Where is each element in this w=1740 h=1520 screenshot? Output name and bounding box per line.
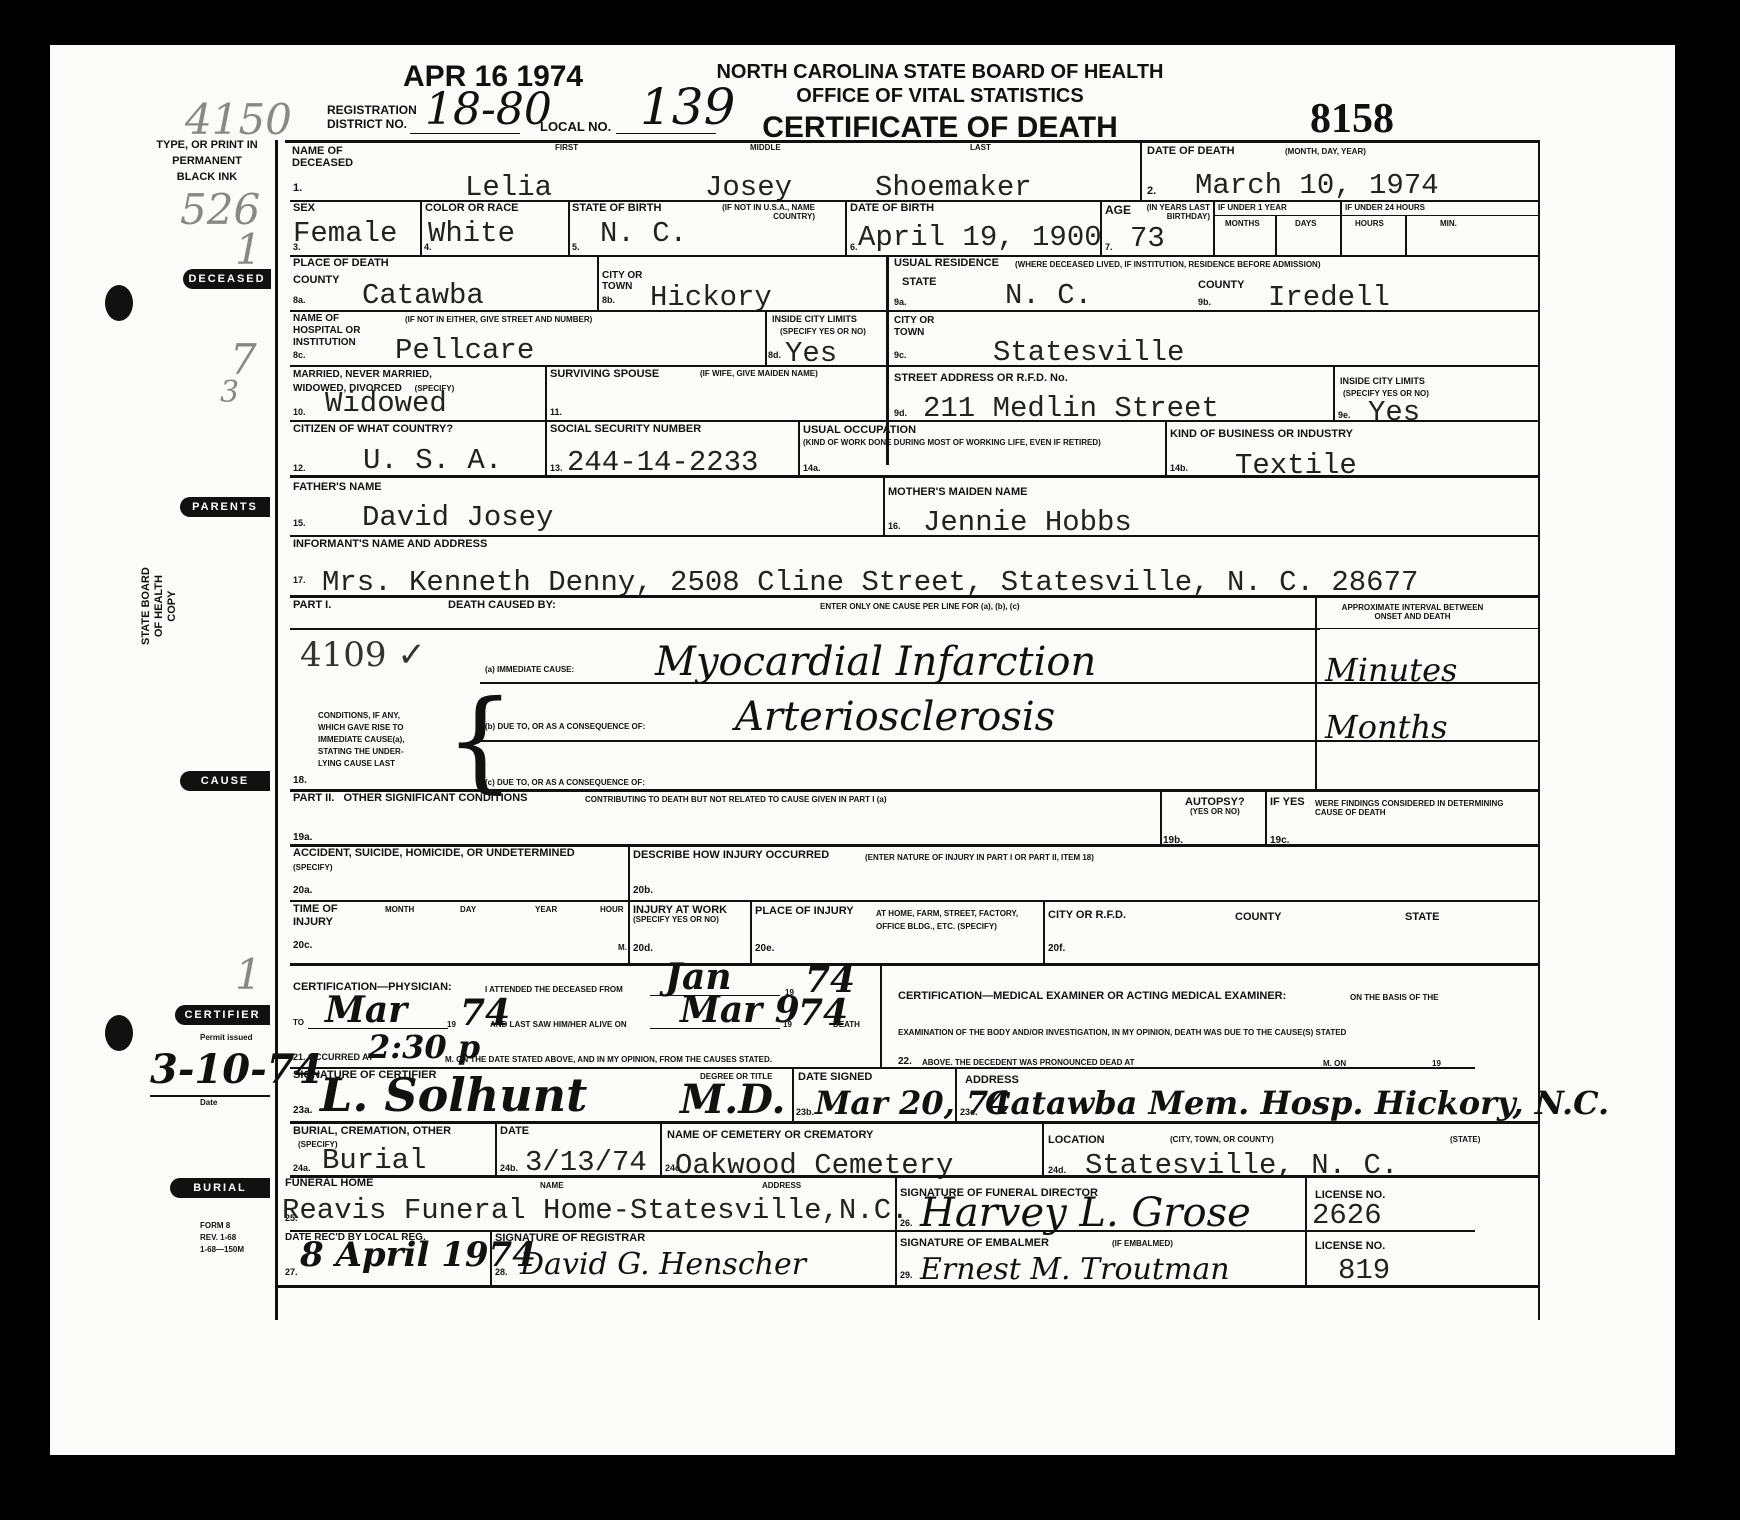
cemetery-label: NAME OF CEMETERY OR CREMATORY bbox=[667, 1130, 873, 1140]
row-line bbox=[1213, 215, 1540, 216]
item-number: 28. bbox=[495, 1267, 508, 1277]
disposition-value: Burial bbox=[322, 1145, 426, 1177]
divider bbox=[1340, 200, 1342, 256]
agency-header: NORTH CAROLINA STATE BOARD OF HEALTH OFF… bbox=[680, 60, 1200, 146]
row-line bbox=[290, 365, 1540, 367]
divider bbox=[1160, 789, 1162, 845]
divider bbox=[420, 200, 422, 256]
res-state-label: STATE bbox=[902, 277, 936, 287]
item-number: 20c. bbox=[293, 940, 312, 951]
row-line bbox=[290, 900, 1540, 902]
under-1-year-label: IF UNDER 1 YEAR bbox=[1218, 203, 1287, 212]
item-number: 23b. bbox=[796, 1107, 814, 1117]
divider bbox=[495, 1121, 497, 1176]
item-number: 8d. bbox=[768, 350, 781, 360]
item-number: 8b. bbox=[602, 295, 615, 305]
item-number: 24a. bbox=[293, 1163, 311, 1173]
section-tab-burial: BURIAL bbox=[170, 1178, 270, 1198]
item-number: 23a. bbox=[293, 1105, 312, 1116]
row-line bbox=[480, 682, 1540, 684]
hours-label: HOURS bbox=[1355, 219, 1384, 228]
divider bbox=[883, 475, 885, 535]
row-line bbox=[1315, 628, 1540, 629]
row-line bbox=[290, 1121, 1540, 1124]
describe-injury-hint: (ENTER NATURE OF INJURY IN PART I OR PAR… bbox=[865, 853, 1094, 862]
row-line bbox=[290, 535, 1540, 537]
death-certificate: APR 16 1974 REGISTRATION DISTRICT NO. 18… bbox=[50, 45, 1675, 1455]
item-number: 20a. bbox=[293, 885, 312, 896]
row-line bbox=[290, 420, 1540, 422]
citizen-label: CITIZEN OF WHAT COUNTRY? bbox=[293, 424, 453, 434]
divider bbox=[880, 963, 882, 1068]
form-info: FORM 8 REV. 1-68 1-68—150M bbox=[200, 1220, 244, 1256]
embalmer-label: SIGNATURE OF EMBALMER bbox=[900, 1238, 1049, 1248]
citizenship-value: U. S. A. bbox=[363, 445, 502, 477]
time-of-injury-label: TIME OFINJURY bbox=[293, 903, 338, 929]
section-tab-parents: PARENTS bbox=[180, 497, 270, 517]
last-saw-value: Mar 9 bbox=[680, 990, 800, 1030]
immediate-interval-value: Minutes bbox=[1325, 650, 1457, 690]
autopsy-label: AUTOPSY?(YES OR NO) bbox=[1185, 797, 1245, 816]
item-number: 9e. bbox=[1338, 410, 1351, 420]
place-of-injury-label: PLACE OF INJURY bbox=[755, 906, 854, 916]
ssn-label: SOCIAL SECURITY NUMBER bbox=[550, 424, 701, 434]
interval-label: APPROXIMATE INTERVAL BETWEEN ONSET AND D… bbox=[1335, 603, 1490, 621]
immediate-cause-value: Myocardial Infarction bbox=[655, 642, 1096, 682]
funeral-home-label: FUNERAL HOME bbox=[285, 1178, 373, 1188]
item-number: 9c. bbox=[894, 350, 907, 360]
row-line bbox=[290, 310, 1540, 312]
divider bbox=[660, 1121, 662, 1176]
registrar-signature: David G. Henscher bbox=[520, 1245, 806, 1285]
ink-instructions: TYPE, OR PRINT IN PERMANENT BLACK INK bbox=[152, 137, 262, 185]
row-line bbox=[290, 1230, 1475, 1232]
form-bottom-border bbox=[275, 1285, 1540, 1288]
item-number: 20b. bbox=[633, 885, 653, 896]
county-label: COUNTY bbox=[293, 275, 339, 285]
divider bbox=[1275, 215, 1277, 256]
death-caused-by-label: DEATH CAUSED BY: bbox=[448, 600, 556, 610]
registration-underline bbox=[410, 133, 520, 134]
me-item-22: 22. bbox=[898, 1057, 912, 1066]
death-label: DEATH bbox=[833, 1020, 860, 1029]
if-yes-label: IF YES bbox=[1270, 797, 1305, 807]
certificate-number: 8158 bbox=[1310, 95, 1394, 143]
divider bbox=[1405, 215, 1407, 256]
embalmer-license-value: 819 bbox=[1338, 1255, 1390, 1287]
race-label: COLOR OR RACE bbox=[425, 203, 519, 213]
form-top-border bbox=[285, 140, 1540, 143]
row-line bbox=[290, 628, 1320, 630]
first-label: FIRST bbox=[555, 143, 578, 152]
me-cert-label: CERTIFICATION—MEDICAL EXAMINER OR ACTING… bbox=[898, 991, 1286, 1001]
item-number: 9a. bbox=[894, 297, 907, 307]
item-number: 6. bbox=[850, 242, 858, 252]
sex-label: SEX bbox=[293, 203, 315, 213]
cause-code: 4109 ✓ bbox=[300, 635, 426, 675]
divider bbox=[798, 420, 800, 476]
row-line bbox=[480, 740, 1540, 742]
item-number: 8a. bbox=[293, 295, 306, 305]
form-right-border bbox=[1538, 140, 1540, 1320]
underline bbox=[650, 1028, 780, 1029]
mother-label: MOTHER'S MAIDEN NAME bbox=[888, 487, 1028, 497]
item-number: 20e. bbox=[755, 943, 774, 954]
injury-city-label: CITY OR R.F.D. bbox=[1048, 910, 1126, 920]
section-tab-cause: CAUSE bbox=[180, 771, 270, 791]
occurred-suffix: M. ON THE DATE STATED ABOVE, AND IN MY O… bbox=[445, 1055, 772, 1064]
certifier-address-value: Catawba Mem. Hosp. Hickory, N.C. bbox=[985, 1083, 1609, 1123]
location-label: LOCATION bbox=[1048, 1135, 1105, 1145]
item-number: 10. bbox=[293, 407, 306, 417]
state-of-birth-hint: (IF NOT IN U.S.A., NAME COUNTRY) bbox=[685, 203, 815, 221]
place-of-death-label: PLACE OF DEATH bbox=[293, 258, 389, 268]
race-value: White bbox=[428, 218, 515, 250]
city-label: CITY ORTOWN bbox=[602, 270, 642, 292]
inside-limits-label: INSIDE CITY LIMITS bbox=[772, 315, 857, 324]
row-line bbox=[290, 963, 1540, 966]
item-number: 9d. bbox=[894, 408, 907, 418]
fh-name-label: NAME bbox=[540, 1181, 564, 1190]
director-signature: Harvey L. Grose bbox=[920, 1193, 1251, 1233]
date-signed-value: Mar 20, 74 bbox=[815, 1083, 1011, 1123]
permit-date-label: Date bbox=[200, 1098, 217, 1107]
pencil-note: 3 bbox=[220, 375, 239, 410]
place-county-value: Catawba bbox=[362, 280, 484, 312]
to-label: TO bbox=[293, 1018, 304, 1027]
section-tab-deceased: DECEASED bbox=[183, 269, 271, 289]
business-label: KIND OF BUSINESS OR INDUSTRY bbox=[1170, 429, 1353, 439]
middle-label: MIDDLE bbox=[750, 143, 781, 152]
pencil-note: 4150 bbox=[185, 95, 292, 144]
divider bbox=[1165, 420, 1167, 476]
at-work-label: INJURY AT WORK(SPECIFY YES OR NO) bbox=[633, 905, 727, 924]
residence-hint: (WHERE DECEASED LIVED, IF INSTITUTION, R… bbox=[1015, 260, 1321, 269]
item-number: 15. bbox=[293, 518, 306, 528]
due-to-b-label: (b) DUE TO, OR AS A CONSEQUENCE OF: bbox=[485, 722, 645, 731]
month-label: MONTH bbox=[385, 905, 414, 914]
item-number: 17. bbox=[293, 575, 306, 585]
item-number: 7. bbox=[1105, 242, 1113, 252]
state-of-birth-value: N. C. bbox=[600, 218, 687, 250]
item-number: 18. bbox=[293, 775, 307, 786]
injury-state-label: STATE bbox=[1405, 912, 1439, 922]
father-label: FATHER'S NAME bbox=[293, 482, 382, 492]
marital-status-value: Widowed bbox=[325, 388, 447, 420]
director-license-value: 2626 bbox=[1312, 1200, 1382, 1232]
row-line bbox=[290, 595, 1540, 598]
hospital-value: Pellcare bbox=[395, 335, 534, 367]
form-left-border bbox=[275, 140, 278, 1320]
date-of-death-hint: (MONTH, DAY, YEAR) bbox=[1285, 147, 1366, 156]
item-number: 14a. bbox=[803, 463, 821, 473]
res-state-value: N. C. bbox=[1005, 280, 1092, 312]
permit-label: Permit issued bbox=[200, 1033, 252, 1042]
punch-hole bbox=[105, 1015, 133, 1051]
residence-label: USUAL RESIDENCE bbox=[894, 258, 999, 268]
inside-limits-hint: (SPECIFY YES OR NO) bbox=[780, 327, 866, 336]
item-number: 26. bbox=[900, 1218, 913, 1228]
divider bbox=[955, 1067, 957, 1122]
divider bbox=[628, 844, 630, 964]
hour-label: HOUR bbox=[600, 905, 624, 914]
divider bbox=[765, 310, 767, 366]
part-1-label: PART I. bbox=[293, 600, 331, 610]
hospital-label: NAME OFHOSPITAL ORINSTITUTION bbox=[293, 313, 360, 349]
item-number: 24b. bbox=[500, 1163, 518, 1173]
funeral-home-value: Reavis Funeral Home-Statesville,N.C. bbox=[282, 1195, 909, 1227]
res-inside-limits-label: INSIDE CITY LIMITS bbox=[1340, 377, 1425, 386]
informant-label: INFORMANT'S NAME AND ADDRESS bbox=[293, 539, 487, 549]
item-number: 8c. bbox=[293, 350, 306, 360]
item-number: 5. bbox=[572, 242, 580, 252]
item-number: 14b. bbox=[1170, 463, 1188, 473]
date-of-death-label: DATE OF DEATH bbox=[1147, 146, 1235, 156]
item-number: 23c. bbox=[960, 1107, 978, 1117]
fh-address-label: ADDRESS bbox=[762, 1181, 801, 1190]
me-text-1: ON THE BASIS OF THE bbox=[1350, 993, 1438, 1002]
item-number: 27. bbox=[285, 1267, 298, 1277]
item-number: 1. bbox=[293, 182, 302, 194]
registration-district-no: 18-80 bbox=[425, 90, 552, 130]
street-label: STREET ADDRESS OR R.F.D. No. bbox=[894, 373, 1068, 383]
divider bbox=[1043, 900, 1045, 964]
hospital-hint: (IF NOT IN EITHER, GIVE STREET AND NUMBE… bbox=[405, 315, 592, 324]
pencil-note: 1 bbox=[235, 950, 262, 999]
date-signed-label: DATE SIGNED bbox=[798, 1072, 872, 1082]
divider bbox=[1315, 595, 1317, 790]
item-number: 3. bbox=[293, 242, 301, 252]
registration-label: REGISTRATION DISTRICT NO. bbox=[327, 103, 417, 131]
me-text-3: ABOVE. THE DECEDENT WAS PRONOUNCED DEAD … bbox=[922, 1058, 1134, 1067]
manner-hint: (SPECIFY) bbox=[293, 863, 333, 872]
state-hint: (STATE) bbox=[1450, 1135, 1480, 1144]
burial-date-label: DATE bbox=[500, 1126, 529, 1136]
item-number: 20d. bbox=[633, 943, 653, 954]
last-label: LAST bbox=[970, 143, 991, 152]
date-of-birth-label: DATE OF BIRTH bbox=[850, 203, 934, 213]
pencil-note: 1 bbox=[235, 225, 262, 274]
registrar-label: SIGNATURE OF REGISTRAR bbox=[495, 1233, 645, 1243]
spouse-label: SURVIVING SPOUSE bbox=[550, 369, 659, 379]
date-of-birth-value: April 19, 1900 bbox=[858, 222, 1102, 254]
certifier-signature: L. Solhunt bbox=[320, 1075, 587, 1115]
item-number: 4. bbox=[424, 242, 432, 252]
state-of-birth-label: STATE OF BIRTH bbox=[572, 203, 661, 213]
sex-value: Female bbox=[293, 218, 397, 250]
degree-value: M.D. bbox=[680, 1080, 785, 1120]
embalmer-hint: (IF EMBALMED) bbox=[1112, 1239, 1173, 1248]
item-number: 24d. bbox=[1048, 1165, 1066, 1175]
attended-to-value: Mar bbox=[325, 990, 407, 1030]
divider bbox=[490, 1230, 492, 1285]
age-label: AGE bbox=[1105, 205, 1131, 215]
row-line bbox=[290, 475, 1540, 478]
spouse-hint: (IF WIFE, GIVE MAIDEN NAME) bbox=[700, 369, 818, 378]
item-number: 29. bbox=[900, 1270, 913, 1280]
item-number: 13. bbox=[550, 463, 563, 473]
describe-injury-label: DESCRIBE HOW INJURY OCCURRED bbox=[633, 850, 829, 860]
part-2-label: PART II. OTHER SIGNIFICANT CONDITIONS bbox=[293, 793, 527, 803]
occurred-label: 21. OCCURRED AT bbox=[293, 1053, 374, 1062]
min-label: MIN. bbox=[1440, 219, 1457, 228]
place-of-injury-hint: AT HOME, FARM, STREET, FACTORY, OFFICE B… bbox=[876, 907, 1046, 933]
divider bbox=[845, 200, 847, 256]
father-value: David Josey bbox=[362, 502, 553, 534]
divider bbox=[1213, 200, 1215, 256]
item-number: 2. bbox=[1147, 185, 1156, 197]
divider bbox=[1042, 1121, 1044, 1176]
item-number: 20f. bbox=[1048, 943, 1065, 954]
divider bbox=[1265, 789, 1267, 845]
immediate-cause-label: (a) IMMEDIATE CAUSE: bbox=[485, 665, 574, 674]
disposition-label: BURIAL, CREMATION, OTHER bbox=[293, 1126, 451, 1136]
res-inside-limits-value: Yes bbox=[1368, 397, 1420, 429]
if-yes-hint: WERE FINDINGS CONSIDERED IN DETERMINING … bbox=[1315, 799, 1515, 817]
injury-county-label: COUNTY bbox=[1235, 912, 1281, 922]
last-saw-label: AND LAST SAW HIM/HER ALIVE ON bbox=[490, 1020, 627, 1029]
age-hint: (IN YEARS LAST BIRTHDAY) bbox=[1130, 203, 1210, 221]
section-tab-certifier: CERTIFIER bbox=[175, 1005, 270, 1025]
permit-date-underline bbox=[150, 1095, 270, 1097]
divider bbox=[750, 900, 752, 964]
me-text-2: EXAMINATION OF THE BODY AND/OR INVESTIGA… bbox=[898, 1028, 1346, 1037]
name-label: NAME OFDECEASED bbox=[292, 145, 353, 169]
punch-hole bbox=[105, 285, 133, 321]
date-of-death: March 10, 1974 bbox=[1195, 170, 1439, 202]
due-to-c-label: (c) DUE TO, OR AS A CONSEQUENCE OF: bbox=[485, 778, 645, 787]
divider bbox=[1333, 365, 1335, 421]
year-prefix: 19 bbox=[783, 1020, 792, 1029]
item-number: 19a. bbox=[293, 832, 312, 843]
year-label: YEAR bbox=[535, 905, 557, 914]
divider bbox=[597, 255, 599, 311]
res-city-label: CITY ORTOWN bbox=[894, 315, 934, 339]
under-24-hours-label: IF UNDER 24 HOURS bbox=[1345, 203, 1425, 212]
local-no-label: LOCAL NO. bbox=[540, 119, 611, 134]
embalmer-signature: Ernest M. Troutman bbox=[920, 1250, 1230, 1290]
occupation-hint: (KIND OF WORK DONE DURING MOST OF WORKIN… bbox=[803, 438, 1133, 447]
age-value: 73 bbox=[1130, 223, 1165, 255]
divider bbox=[1140, 140, 1142, 202]
days-label: DAYS bbox=[1295, 219, 1317, 228]
conditions-note: CONDITIONS, IF ANY,WHICH GAVE RISE TOIMM… bbox=[318, 710, 405, 770]
due-to-b-value: Arteriosclerosis bbox=[735, 697, 1055, 737]
manner-label: ACCIDENT, SUICIDE, HOMICIDE, OR UNDETERM… bbox=[293, 848, 575, 858]
row-line bbox=[290, 1175, 1540, 1178]
day-label: DAY bbox=[460, 905, 476, 914]
divider bbox=[568, 200, 570, 256]
item-number: 12. bbox=[293, 463, 306, 473]
location-hint: (CITY, TOWN, OR COUNTY) bbox=[1170, 1135, 1274, 1144]
occupation-label: USUAL OCCUPATION bbox=[803, 425, 916, 435]
months-label: MONTHS bbox=[1225, 219, 1260, 228]
item-number: 9b. bbox=[1198, 297, 1211, 307]
m-label: M. bbox=[618, 943, 627, 952]
divider bbox=[792, 1067, 794, 1122]
res-county-label: COUNTY bbox=[1198, 280, 1244, 290]
divider bbox=[1100, 200, 1102, 256]
other-conditions-hint: CONTRIBUTING TO DEATH BUT NOT RELATED TO… bbox=[585, 795, 886, 804]
embalmer-license-label: LICENSE NO. bbox=[1315, 1241, 1385, 1251]
cause-instruction: ENTER ONLY ONE CAUSE PER LINE FOR (a), (… bbox=[820, 602, 1020, 611]
item-number: 11. bbox=[550, 407, 562, 417]
copy-label: STATE BOARD OF HEALTH COPY bbox=[140, 567, 179, 645]
item-number: 16. bbox=[888, 521, 901, 531]
